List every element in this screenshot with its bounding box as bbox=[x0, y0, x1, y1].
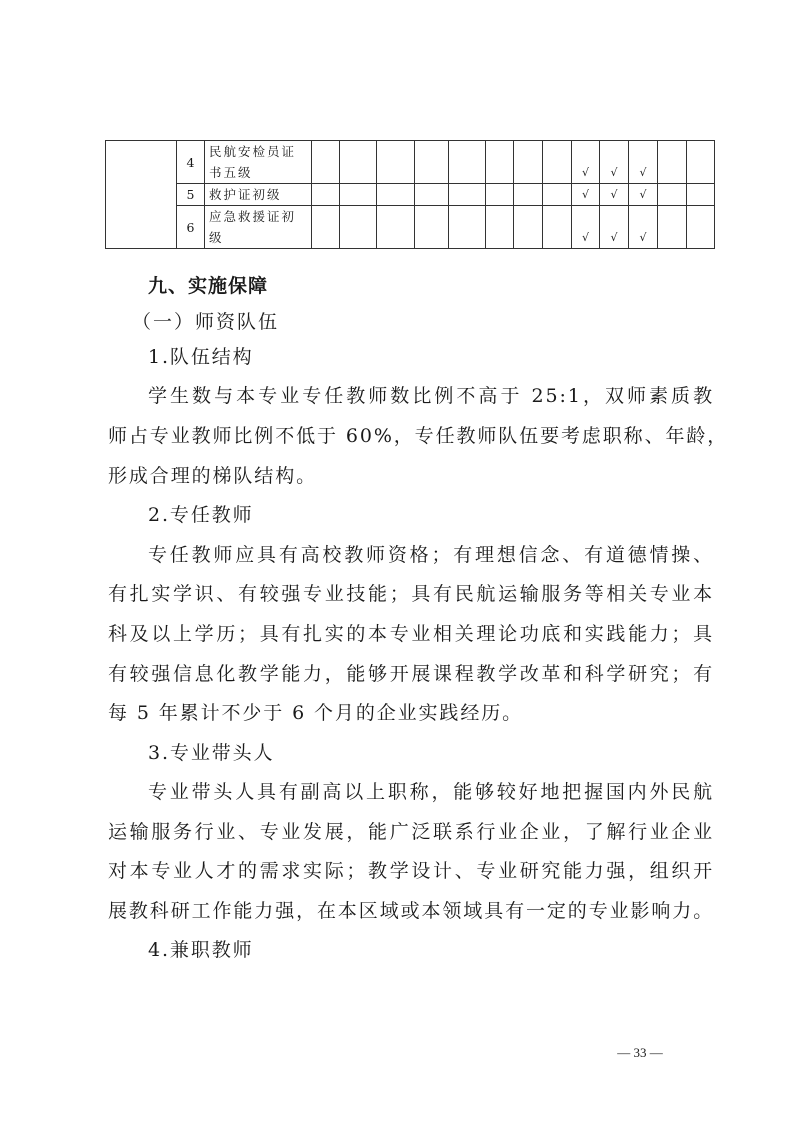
section-heading: 九、实施保障 bbox=[148, 274, 754, 298]
subsection-heading: （一）师资队伍 bbox=[132, 310, 738, 334]
check-cell bbox=[449, 184, 486, 206]
check-cell bbox=[415, 184, 449, 206]
item-title: 1.队伍结构 bbox=[148, 345, 714, 369]
check-cell bbox=[415, 141, 449, 184]
paragraph-line: 形成合理的梯队结构。 bbox=[108, 464, 714, 488]
check-cell: √ bbox=[572, 141, 600, 184]
check-cell bbox=[486, 206, 514, 249]
check-cell bbox=[543, 141, 572, 184]
check-cell bbox=[543, 206, 572, 249]
paragraph-line: 科及以上学历；具有扎实的本专业相关理论功底和实践能力；具 bbox=[108, 622, 714, 646]
certificate-name: 民航安检员证书五级 bbox=[205, 141, 312, 184]
check-cell bbox=[312, 184, 340, 206]
check-cell bbox=[514, 184, 543, 206]
paragraph-line: 对本专业人才的需求实际；教学设计、专业研究能力强，组织开 bbox=[108, 859, 714, 883]
check-cell bbox=[658, 141, 687, 184]
check-cell bbox=[377, 206, 415, 249]
paragraph-line: 专任教师应具有高校教师资格；有理想信念、有道德情操、 bbox=[148, 543, 714, 567]
check-cell bbox=[687, 184, 715, 206]
paragraph-line: 有扎实学识、有较强专业技能；具有民航运输服务等相关专业本 bbox=[108, 582, 714, 606]
check-cell: √ bbox=[629, 141, 658, 184]
paragraph-line: 运输服务行业、专业发展，能广泛联系行业企业，了解行业企业 bbox=[108, 820, 714, 844]
check-cell bbox=[658, 206, 687, 249]
row-number: 4 bbox=[177, 141, 205, 184]
check-cell bbox=[377, 184, 415, 206]
paragraph-line: 专业带头人具有副高以上职称，能够较好地把握国内外民航 bbox=[148, 780, 714, 804]
certificate-name: 应急救援证初级 bbox=[205, 206, 312, 249]
check-cell bbox=[340, 141, 377, 184]
check-cell bbox=[687, 141, 715, 184]
check-cell bbox=[377, 141, 415, 184]
check-cell bbox=[340, 206, 377, 249]
table-row: 6 应急救援证初级 √ √ √ bbox=[106, 206, 715, 249]
check-cell: √ bbox=[600, 184, 629, 206]
paragraph-line: 展教科研工作能力强，在本区域或本领域具有一定的专业影响力。 bbox=[108, 899, 714, 923]
check-cell bbox=[449, 141, 486, 184]
check-cell bbox=[312, 141, 340, 184]
item-title: 3.专业带头人 bbox=[148, 741, 714, 765]
check-cell: √ bbox=[600, 206, 629, 249]
check-cell bbox=[449, 206, 486, 249]
check-cell: √ bbox=[629, 184, 658, 206]
check-cell: √ bbox=[572, 184, 600, 206]
check-cell bbox=[486, 184, 514, 206]
item-title: 2.专任教师 bbox=[148, 503, 714, 527]
certificate-name: 救护证初级 bbox=[205, 184, 312, 206]
check-cell bbox=[543, 184, 572, 206]
check-cell bbox=[658, 184, 687, 206]
certificate-table: 4 民航安检员证书五级 √ √ √ 5 救护证初级 √ √ √ 6 应急救援证初… bbox=[105, 140, 715, 249]
row-number: 6 bbox=[177, 206, 205, 249]
check-cell bbox=[687, 206, 715, 249]
check-cell bbox=[340, 184, 377, 206]
item-title: 4.兼职教师 bbox=[148, 938, 714, 962]
row-number: 5 bbox=[177, 184, 205, 206]
table-row: 4 民航安检员证书五级 √ √ √ bbox=[106, 141, 715, 184]
check-cell: √ bbox=[600, 141, 629, 184]
paragraph-line: 有较强信息化教学能力，能够开展课程教学改革和科学研究；有 bbox=[108, 662, 714, 686]
check-cell: √ bbox=[629, 206, 658, 249]
check-cell bbox=[312, 206, 340, 249]
check-cell bbox=[514, 206, 543, 249]
check-cell bbox=[486, 141, 514, 184]
table-row: 5 救护证初级 √ √ √ bbox=[106, 184, 715, 206]
check-cell bbox=[514, 141, 543, 184]
paragraph-line: 学生数与本专业专任教师数比例不高于 25:1，双师素质教 bbox=[148, 384, 714, 408]
category-cell bbox=[106, 141, 177, 249]
page-number: — 33 — bbox=[600, 1045, 680, 1061]
check-cell bbox=[415, 206, 449, 249]
paragraph-line: 师占专业教师比例不低于 60%，专任教师队伍要考虑职称、年龄， bbox=[108, 424, 714, 448]
paragraph-line: 每 5 年累计不少于 6 个月的企业实践经历。 bbox=[108, 701, 714, 725]
check-cell: √ bbox=[572, 206, 600, 249]
